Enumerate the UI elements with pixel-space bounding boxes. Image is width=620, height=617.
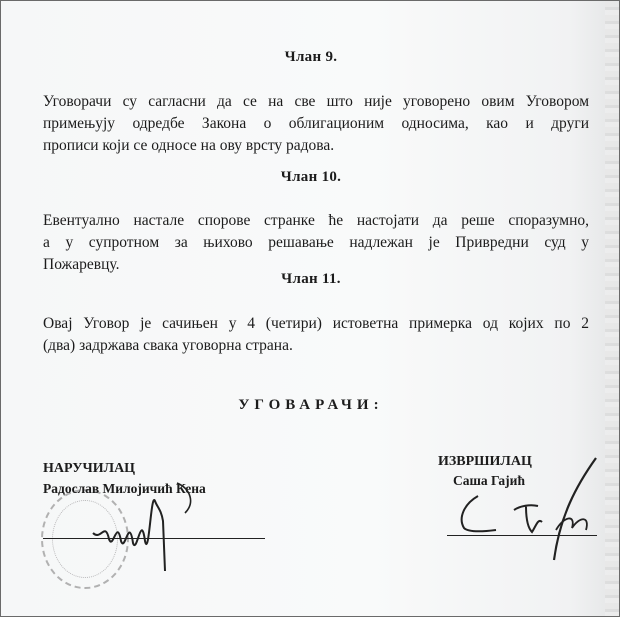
client-label: НАРУЧИЛАЦ <box>43 461 135 477</box>
parties-title: УГОВАРАЧИ: <box>1 397 620 414</box>
article-10-line-2: а у супротном за њихово решавање надлежа… <box>43 232 589 254</box>
article-9-line-1: Уговорачи су сагласни да се на све што н… <box>43 91 589 113</box>
scan-edge-shadow <box>605 1 619 616</box>
contractor-signature <box>456 456 606 566</box>
article-9-heading: Члан 9. <box>1 49 620 66</box>
article-10-line-1: Евентуално настале спорове странке ће на… <box>43 210 589 232</box>
article-9-line-3: прописи који се односе на ову врсту радо… <box>43 135 589 157</box>
article-11-line-2: (два) задржава свака уговорна страна. <box>43 335 589 357</box>
article-9-line-2: примењују одредбе Закона о облигационим … <box>43 113 589 135</box>
article-11-text: Овај Уговор је сачињен у 4 (четири) исто… <box>43 313 589 357</box>
article-9-text: Уговорачи су сагласни да се на све што н… <box>43 91 589 157</box>
article-10-heading: Члан 10. <box>1 169 620 186</box>
article-11-line-1: Овај Уговор је сачињен у 4 (четири) исто… <box>43 313 589 335</box>
article-10-text: Евентуално настале спорове странке ће на… <box>43 210 589 276</box>
document-page: Члан 9. Уговорачи су сагласни да се на с… <box>0 0 620 617</box>
client-signature <box>91 481 201 571</box>
article-11-heading: Члан 11. <box>1 271 620 288</box>
